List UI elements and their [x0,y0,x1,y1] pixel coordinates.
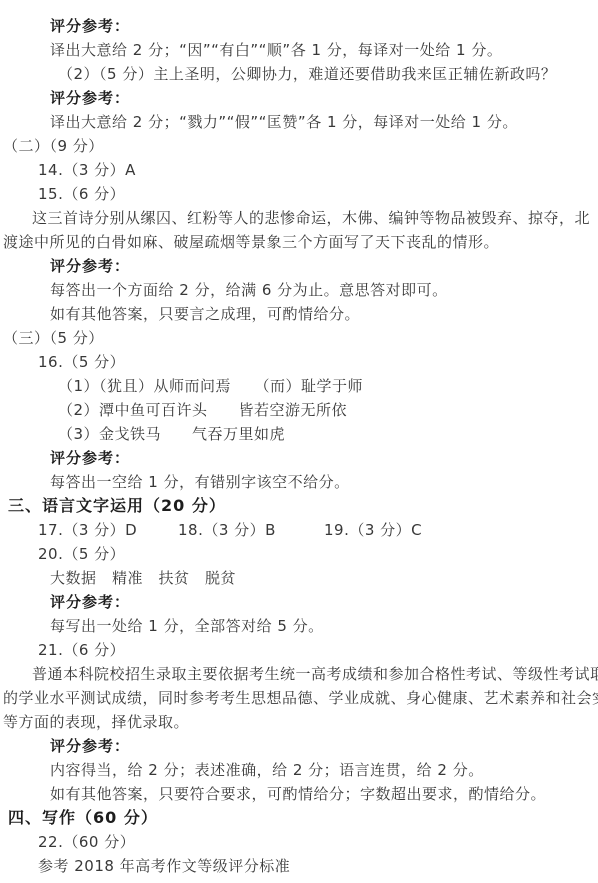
q21-answer-paragraph-line2: 的学业水平测试成绩，同时参考考生思想品德、学业成就、身心健康、艺术素养和社会实践 [3,686,598,710]
scoring-ref-heading: 评分参考： [50,254,598,278]
scoring-detail: 译出大意给 2 分；“戮力”“假”“匡赞”各 1 分，每译对一处给 1 分。 [50,110,598,134]
q16-item-1: （1）（犹且）从师而问焉 （而）耻学于师 [58,374,598,398]
subsection-header-2: （二）（9 分） [3,134,598,158]
q22-grading-note: 参考 2018 年高考作文等级评分标准 [38,854,598,878]
scoring-detail: 如有其他答案，只要符合要求，可酌情给分；字数超出要求，酌情给分。 [50,782,598,806]
answer-q22: 22.（60 分） [38,830,598,854]
scoring-detail: 每写出一处给 1 分，全部答对给 5 分。 [50,614,598,638]
answer-q19: 19.（3 分）C [324,518,422,542]
scoring-ref-heading: 评分参考： [50,14,598,38]
q16-item-3: （3）金戈铁马 气吞万里如虎 [58,422,598,446]
subsection-header-3: （三）（5 分） [3,326,598,350]
answer-q15: 15.（6 分） [38,182,598,206]
q15-answer-paragraph-line1: 这三首诗分别从缧囚、红粉等人的悲惨命运，木佛、编钟等物品被毁弃、掠夺，北 [32,206,598,230]
q20-answer-words: 大数据 精准 扶贫 脱贫 [50,566,598,590]
answer-q21: 21.（6 分） [38,638,598,662]
scoring-detail: 每答出一空给 1 分，有错别字该空不给分。 [50,470,598,494]
answer-q17: 17.（3 分）D [38,518,178,542]
answer-q16: 16.（5 分） [38,350,598,374]
scoring-detail: 内容得当，给 2 分；表述准确，给 2 分；语言连贯，给 2 分。 [50,758,598,782]
translation-item-2: （2）（5 分）主上圣明，公卿协力，难道还要借助我来匡正辅佐新政吗？ [58,62,598,86]
section-header-language: 三、语言文字运用（20 分） [8,494,598,518]
answer-q14: 14.（3 分）A [38,158,598,182]
q21-answer-paragraph-line3: 等方面的表现，择优录取。 [3,710,598,734]
scoring-ref-heading: 评分参考： [50,446,598,470]
answer-q20: 20.（5 分） [38,542,598,566]
choice-answers-row: 17.（3 分）D 18.（3 分）B 19.（3 分）C [38,518,598,542]
q21-answer-paragraph-line1: 普通本科院校招生录取主要依据考生统一高考成绩和参加合格性考试、等级性考试取得 [32,662,598,686]
document-page: 评分参考： 译出大意给 2 分；“因”“有白”“顺”各 1 分，每译对一处给 1… [0,0,598,883]
scoring-ref-heading: 评分参考： [50,86,598,110]
answer-q18: 18.（3 分）B [178,518,324,542]
scoring-ref-heading: 评分参考： [50,734,598,758]
q15-answer-paragraph-line2: 渡途中所见的白骨如麻、破屋疏烟等景象三个方面写了天下丧乱的情形。 [3,230,598,254]
scoring-detail: 译出大意给 2 分；“因”“有白”“顺”各 1 分，每译对一处给 1 分。 [50,38,598,62]
q16-item-2: （2）潭中鱼可百许头 皆若空游无所依 [58,398,598,422]
section-header-writing: 四、写作（60 分） [8,806,598,830]
scoring-detail: 每答出一个方面给 2 分，给满 6 分为止。意思答对即可。 [50,278,598,302]
scoring-ref-heading: 评分参考： [50,590,598,614]
scoring-detail: 如有其他答案，只要言之成理，可酌情给分。 [50,302,598,326]
